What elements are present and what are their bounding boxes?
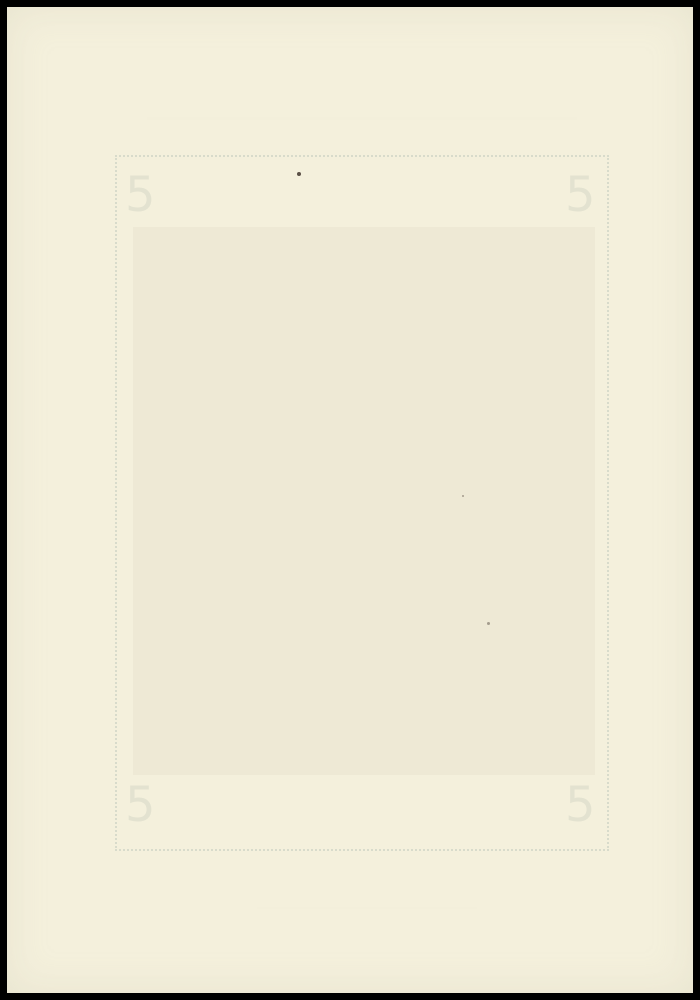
show-through-title [147,67,577,120]
paper-speck [462,495,464,497]
stamp-value-ghost: 5 [125,167,156,223]
show-through-image-area [133,227,595,775]
show-through-caption [257,887,477,909]
stamp-value-ghost: 5 [125,777,156,833]
stamp-value-ghost: 5 [565,777,596,833]
stamp-value-ghost: 5 [565,167,596,223]
paper-speck [297,172,301,176]
paper-speck [487,622,490,625]
souvenir-sheet-back: 5 5 5 5 [7,7,693,993]
